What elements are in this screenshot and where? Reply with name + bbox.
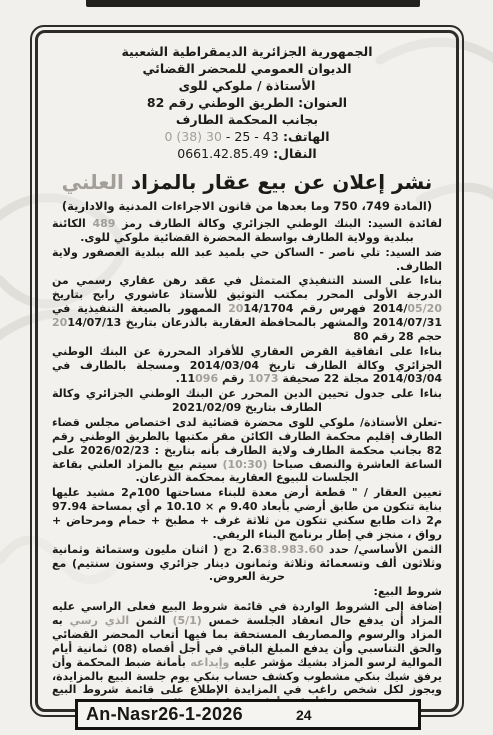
paragraph-sale-conditions: إضافة إلى الشروط الواردة في قائمة شروط ا…	[52, 600, 442, 711]
text-segment: 05/20	[407, 302, 442, 315]
text-segment: 43 - 25 -	[222, 129, 279, 144]
newspaper-footer: An-Nasr26-1-2026 24	[75, 699, 421, 730]
text-segment: بناءا على جدول تحيين الدين المحرر عن الب…	[52, 387, 442, 414]
newspaper-name-date: An-Nasr26-1-2026	[86, 704, 243, 725]
legal-article-line: (المادة 749، 750 وما بعدها من قانون الاج…	[52, 198, 442, 214]
notice-body: لفائدة السيد: البنك الوطني الجزائري وكال…	[52, 217, 442, 711]
bailiff-name-line: الأستاذة / ملوكي للوى	[52, 77, 442, 94]
text-segment: 14/07/13	[67, 316, 121, 329]
text-segment: العلني	[62, 170, 124, 194]
text-segment: الذي رسي	[70, 614, 129, 627]
text-segment: (5/1)	[172, 614, 201, 627]
text-segment: تعيين العقار / " قطعة أرض معدة للبناء مس…	[52, 486, 442, 541]
text-segment: 20	[52, 316, 67, 329]
phone-value: 43 - 25 - 30 (38) 0	[164, 129, 278, 144]
notice-frame-inner: الجمهورية الجزائرية الديمقراطية الشعبية …	[35, 30, 459, 712]
text-segment: (10:30)	[222, 458, 267, 471]
text-segment: الثمن	[129, 614, 172, 627]
page-number: 24	[296, 707, 312, 723]
text-segment: 30 (38) 0	[164, 129, 221, 144]
mobile-label: النقال:	[273, 146, 317, 161]
mobile-line: النقال: 0661.42.85.49	[52, 145, 442, 162]
republic-line: الجمهورية الجزائرية الديمقراطية الشعبية	[52, 43, 442, 60]
text-segment: ضد السيد: تلي ناصر - الساكن حي بلميد عبد…	[52, 246, 442, 273]
address-line-2: بجانب المحكمة الطارف	[52, 111, 442, 128]
text-segment: 489	[92, 217, 115, 230]
phone-label: الهاتف:	[283, 129, 330, 144]
paragraph-executive-title: بناءا على السند التنفيذي المتمثل في عقد …	[52, 274, 442, 343]
text-segment: 096	[195, 372, 218, 385]
paragraph-loan-agreement: بناءا على اتفاقية القرض العقاري للأفراد …	[52, 345, 442, 387]
text-segment: لفائدة السيد: البنك الوطني الجزائري وكال…	[115, 217, 442, 230]
mobile-value: 0661.42.85.49	[177, 146, 268, 161]
paragraph-auction-announcement: -تعلن الأستاذة/ ملوكي للوى محضرة قضائية …	[52, 416, 442, 485]
text-segment: وإيداعه	[190, 656, 229, 669]
text-segment: 1073	[248, 372, 279, 385]
header: الجمهورية الجزائرية الديمقراطية الشعبية …	[52, 43, 442, 162]
paragraph-beneficiary: لفائدة السيد: البنك الوطني الجزائري وكال…	[52, 217, 442, 245]
office-line: الديوان العمومي للمحضر القضائي	[52, 60, 442, 77]
notice-title: نشر إعلان عن بيع عقار بالمزاد العلني	[52, 169, 442, 195]
scan-edge-bar	[86, 0, 420, 7]
paragraph-debt-schedule: بناءا على جدول تحيين الدين المحرر عن الب…	[52, 387, 442, 415]
sale-conditions-heading: شروط البيع:	[52, 585, 442, 599]
paragraph-base-price: الثمن الأساسي/ حدد 2.638.983.60 دج ( اثن…	[52, 543, 442, 585]
paragraph-property-description: تعيين العقار / " قطعة أرض معدة للبناء مس…	[52, 486, 442, 541]
notice-frame: الجمهورية الجزائرية الديمقراطية الشعبية …	[30, 25, 464, 717]
text-segment: حجم 28 رقم 80	[353, 330, 442, 343]
text-segment: نشر إعلان عن بيع عقار بالمزاد	[124, 170, 432, 194]
text-segment: 38.983.60	[262, 543, 324, 556]
notice-content: الجمهورية الجزائرية الديمقراطية الشعبية …	[38, 33, 456, 709]
address-line: العنوان: الطريق الوطني رقم 82	[52, 94, 442, 111]
text-segment: شروط البيع:	[373, 585, 442, 598]
text-segment: فهرس رقم	[293, 302, 372, 315]
phone-line: الهاتف: 43 - 25 - 30 (38) 0	[52, 128, 442, 145]
text-segment: 20	[228, 302, 243, 315]
paragraph-defendant: ضد السيد: تلي ناصر - الساكن حي بلميد عبد…	[52, 246, 442, 274]
text-segment: 14/1704	[243, 302, 293, 315]
